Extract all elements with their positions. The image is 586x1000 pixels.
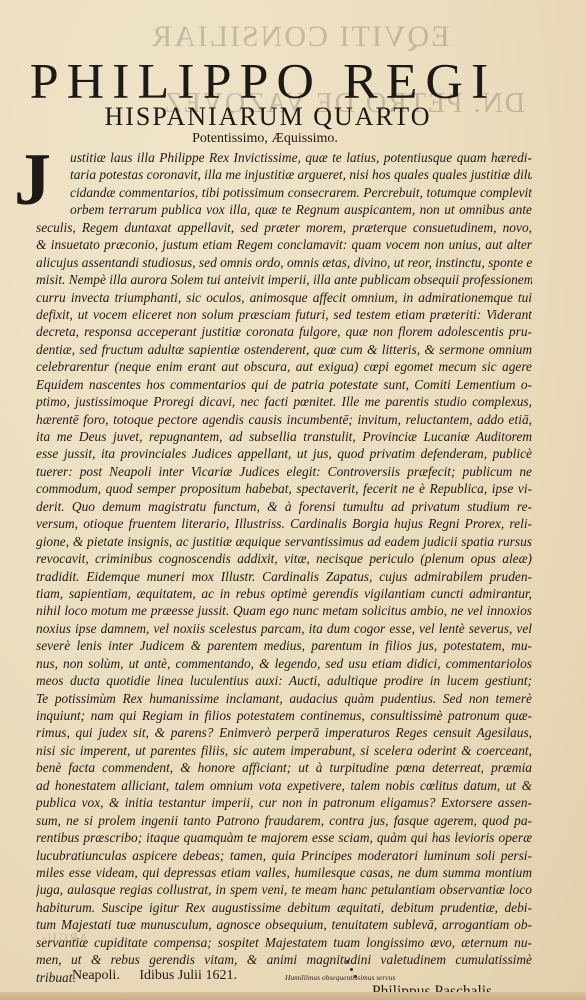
text-line: curru invecta triumphanti, sic oculos, a… <box>36 289 532 306</box>
text-line: & insuetato præconio, justum etiam Regem… <box>36 236 532 253</box>
text-line: misit. Nempè illa aurora Solem tui antei… <box>36 271 532 288</box>
text-line: nus, non solùm, ut antè, commentando, & … <box>36 655 532 672</box>
text-line: noxius ipse damnem, vel noxiis scelestus… <box>36 620 532 637</box>
ink-spot <box>350 968 353 971</box>
dedication-subtitle: HISPANIARUM QUARTO <box>0 104 561 130</box>
text-line: alicujus assentandi studiosus, sed omnis… <box>36 254 532 271</box>
text-line: rentibus præscribo; itaque quamquàm te m… <box>36 829 532 846</box>
text-line: cidandæ commentarios, tibi potissimum co… <box>36 184 532 201</box>
dateline: Neapoli. Idibus Julii 1621. <box>72 968 253 984</box>
text-line: versum, otioque fruentem literario, Illu… <box>36 515 532 532</box>
text-line: commodum, quod semper propositum habebat… <box>36 480 532 497</box>
text-line: inquiunt; nam qui Regiam in filios potes… <box>36 707 532 724</box>
ink-spot <box>354 975 357 978</box>
closing-formula: Humillimus obsequentissimus servus <box>285 973 395 982</box>
text-line: decreta, responsa acceperant justitiæ co… <box>36 323 532 340</box>
show-through-text-top: EQVITI CONSILIAR <box>150 20 449 54</box>
text-line: juga, aulasque regias collustrat, in spe… <box>36 881 532 898</box>
text-line: ita me Deus juvet, repugnantem, ad subse… <box>36 428 532 445</box>
text-line: orbem terrarum publica vox illa, quæ te … <box>36 201 532 218</box>
text-line: dentiæ, sed fructum adultæ sapientiæ ost… <box>36 341 532 358</box>
text-line: celebrarentur (neque enim erant aut obsc… <box>36 358 532 375</box>
text-line: esse jussit, ita provinciales Judices ap… <box>36 445 532 462</box>
text-line: publica vox, & initia testantur imperii,… <box>36 794 532 811</box>
dedication-body: ustitiæ laus illa Philippe Rex Invictiss… <box>36 149 532 986</box>
text-line: ptimo, justissimoque Proregi dicavi, nec… <box>36 393 532 410</box>
text-line: meos ducta quotidie linea luculentius au… <box>36 672 532 689</box>
text-line: lucubratiunculas aspicere debeas; tamen,… <box>36 847 532 864</box>
text-line: miles esse videam, qui depressas etiam v… <box>36 864 532 881</box>
text-line: rimus, qui judex sit, & parens? Enimverò… <box>36 724 532 741</box>
text-line: Te potissimùm Rex humanissime inclamant,… <box>36 690 532 707</box>
text-line: seculis, Regem duntaxat appellavit, sed … <box>36 219 532 236</box>
text-line: hærentē foro, totoque pectore agendis ca… <box>36 411 532 428</box>
text-line: Equidem nascentes hos commentarios qui d… <box>36 376 532 393</box>
text-line: nihil loco motum me præesse jussit. Quam… <box>36 602 532 619</box>
ink-spot <box>346 960 349 963</box>
text-line: habiturum. Suscipe igitur Rex augustissi… <box>36 899 532 916</box>
dedication-epithets: Potentissimo, Æquissimo. <box>0 131 558 147</box>
text-line: ad honestatem alliciant, talem omnium vo… <box>36 777 532 794</box>
text-line: taria potestas coronavit, illa me injust… <box>36 166 532 183</box>
author-signature: Philippus Paschalis. <box>372 983 496 1000</box>
text-line: benè facta commendent, & honore affician… <box>36 759 532 776</box>
text-line: defixit, ut vocem eliceret non solum præ… <box>36 306 532 323</box>
text-line: sum, ne si prolem ingenii tanto Patrono … <box>36 812 532 829</box>
text-line: men, ut & rebus gerendis vitam, & animi … <box>36 951 532 968</box>
date-text: Idibus Julii 1621. <box>139 968 237 983</box>
text-line: nisi sic imperent, ut parentes filiis, s… <box>36 742 532 759</box>
text-line: derit. Quo demum magistratu functum, & à… <box>36 498 532 515</box>
text-line: revocavit, criminibus cognoscendis addix… <box>36 550 532 567</box>
text-line: severè lenis inter Judicem & parentem me… <box>36 637 532 654</box>
text-line: tradidit. Eidemque muneri mox Illustr. C… <box>36 568 532 585</box>
text-line: tum Majestati tuæ munusculum, agnosce ob… <box>36 916 532 933</box>
text-line: ustitiæ laus illa Philippe Rex Invictiss… <box>36 149 532 166</box>
text-line: tuerer: post Neapoli inter Vicariæ Judic… <box>36 463 532 480</box>
text-line: gione, & pietate insignis, ac justitiæ æ… <box>36 533 532 550</box>
text-line: tiam, sapientiam, æquitatem, ac in rebus… <box>36 585 532 602</box>
document-page: EQVITI CONSILIAR DN. PETRO DE VAZQVEZ AR… <box>0 0 586 1000</box>
dedication-title: PHILIPPO REGI <box>0 57 556 107</box>
place-name: Neapoli. <box>72 968 120 983</box>
text-line: servantiæ cupiditate compensa; sospitet … <box>36 934 532 951</box>
